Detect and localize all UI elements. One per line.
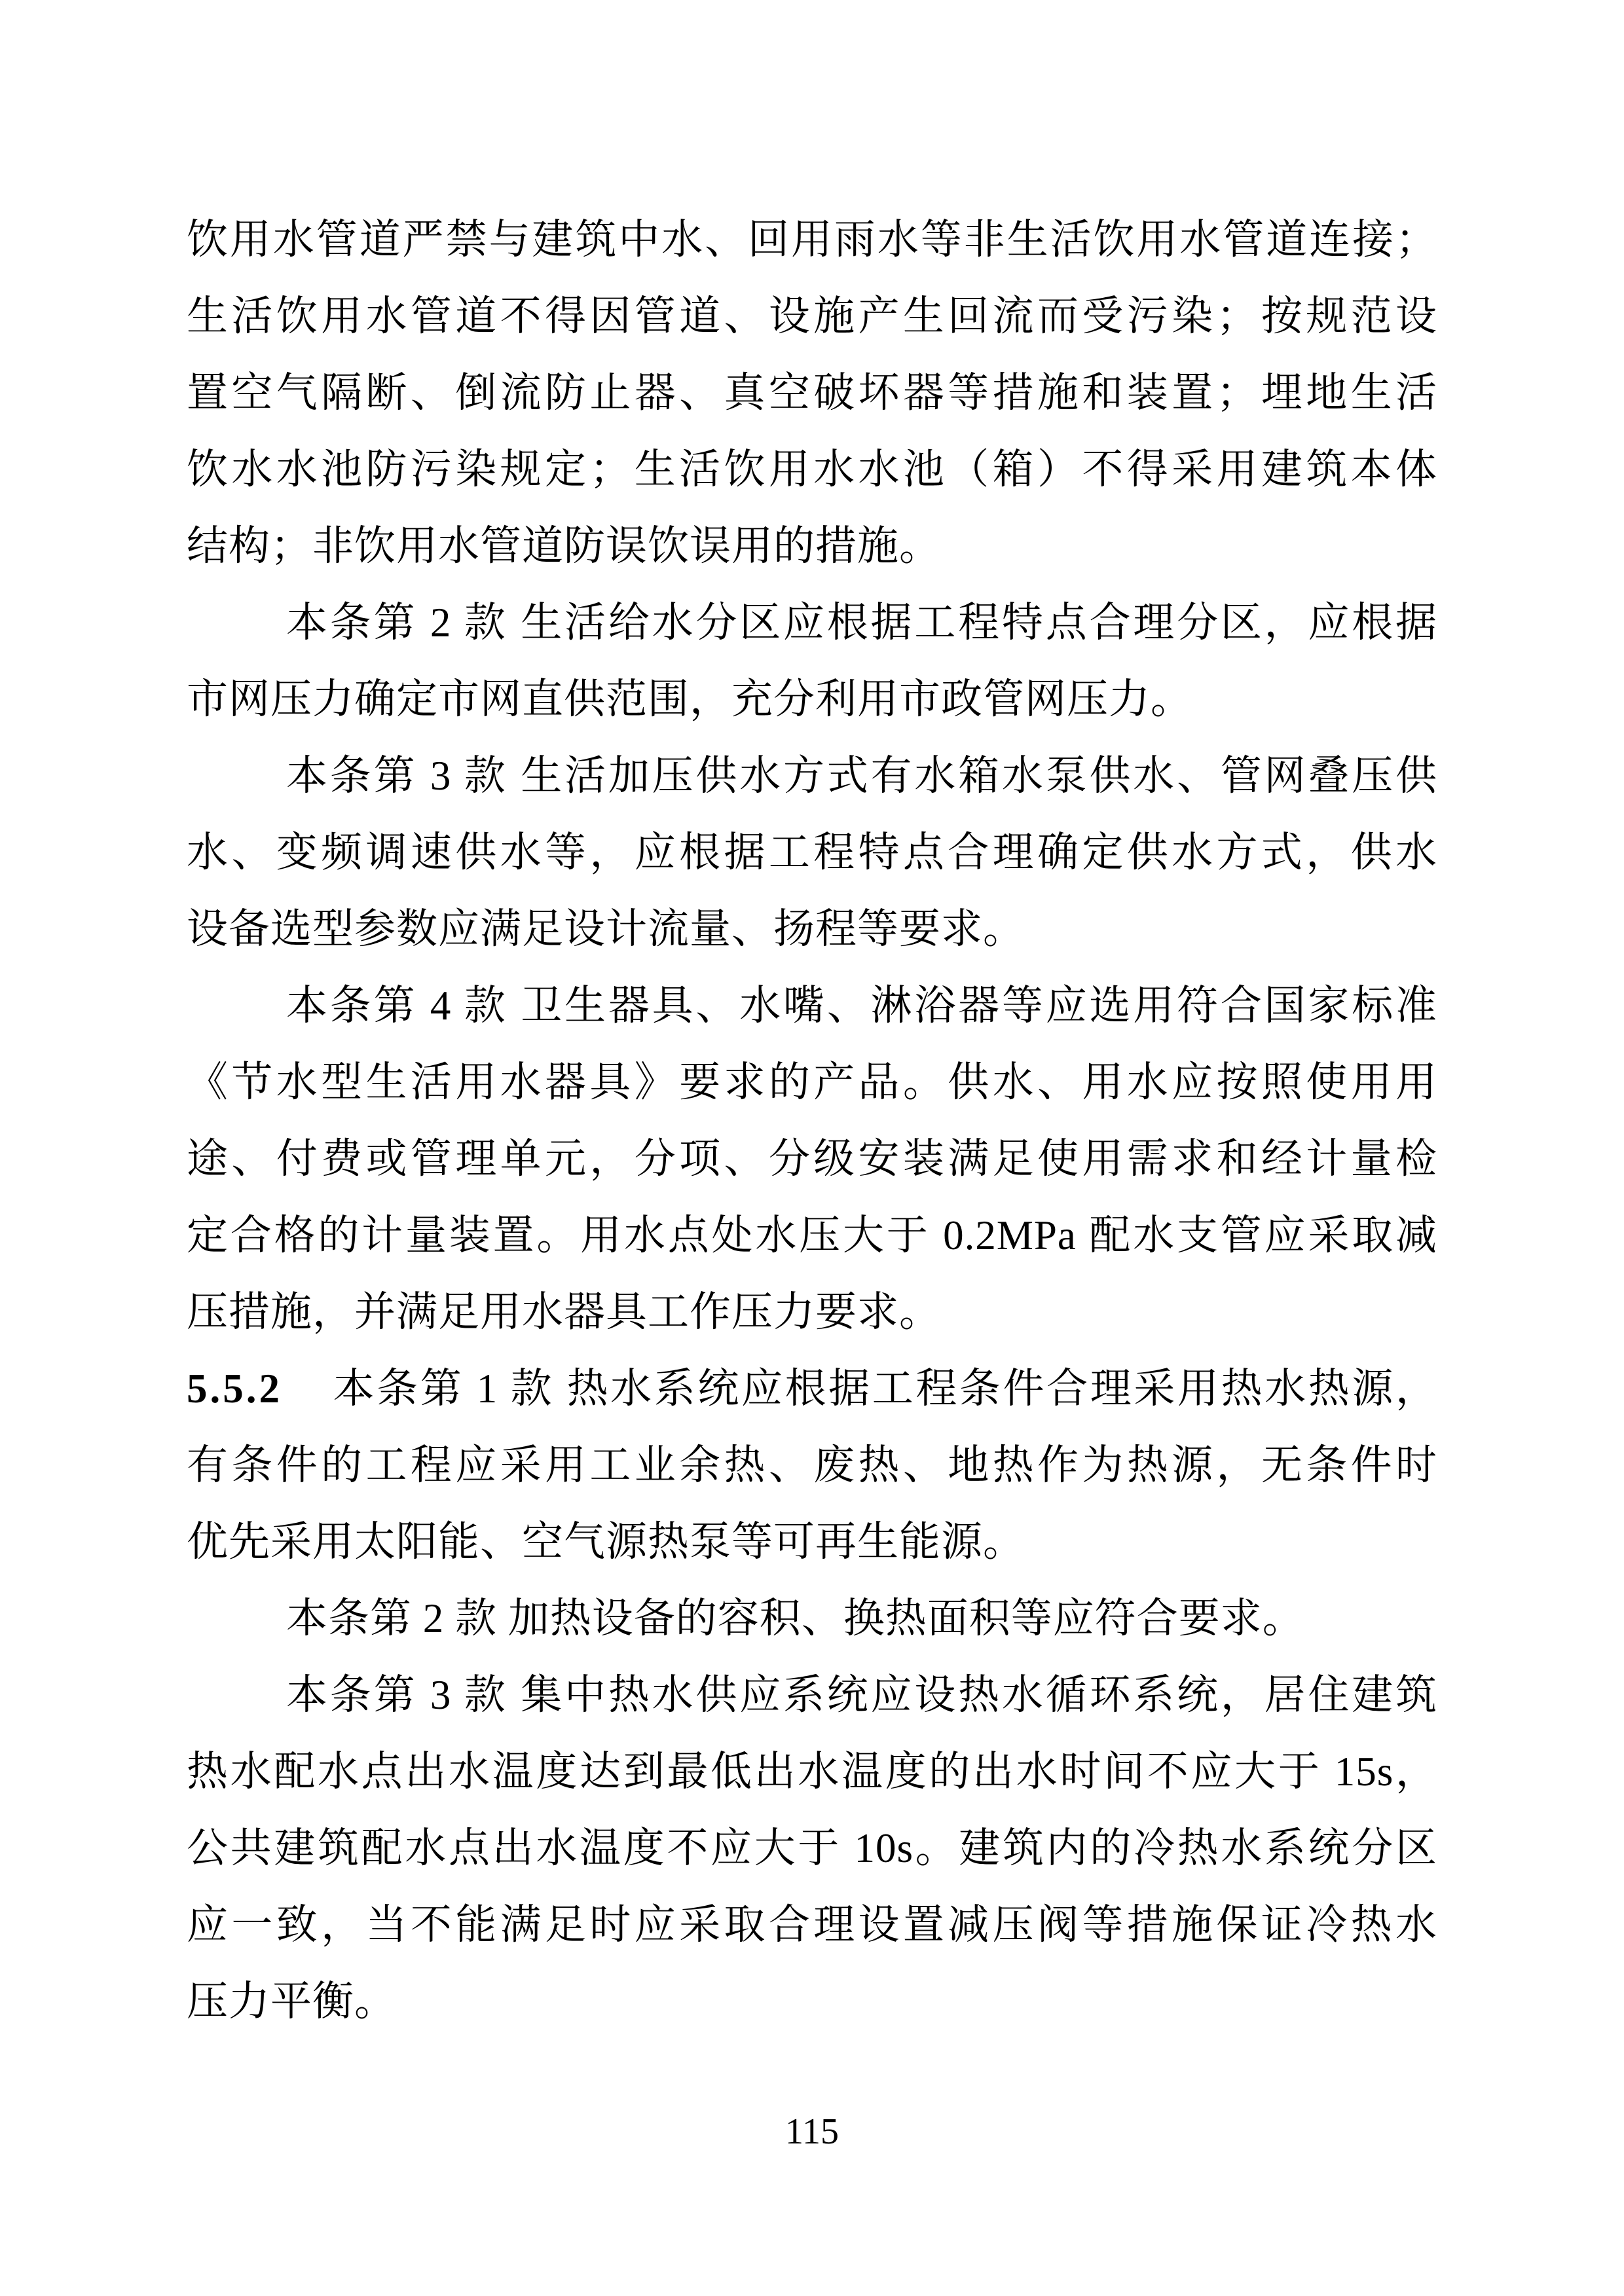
text-line: 本条第 4 款 卫生器具、水嘴、淋浴器等应选用符合国家标准 [187,968,1437,1044]
text-line: 优先采用太阳能、空气源热泵等可再生能源。 [187,1504,1437,1580]
document-page: 饮用水管道严禁与建筑中水、回用雨水等非生活饮用水管道连接； 生活饮用水管道不得因… [0,0,1624,2296]
line-text: 本条第 2 款 生活给水分区应根据工程特点合理分区，应根据 [286,600,1437,646]
text-line: 应一致，当不能满足时应采取合理设置减压阀等措施保证冷热水 [187,1887,1437,1963]
text-line: 本条第 2 款 生活给水分区应根据工程特点合理分区，应根据 [187,585,1437,661]
body-text: 饮用水管道严禁与建筑中水、回用雨水等非生活饮用水管道连接； 生活饮用水管道不得因… [187,202,1437,2040]
section-number: 5.5.2 [187,1366,282,1412]
line-text: 结构；非饮用水管道防误饮误用的措施。 [187,523,941,569]
text-line: 热水配水点出水温度达到最低出水温度的出水时间不应大于 15s， [187,1734,1437,1810]
line-text: 水、变频调速供水等，应根据工程特点合理确定供水方式，供水 [187,829,1437,875]
text-line: 有条件的工程应采用工业余热、废热、地热作为热源，无条件时 [187,1427,1437,1504]
line-text: 应一致，当不能满足时应采取合理设置减压阀等措施保证冷热水 [187,1902,1437,1948]
text-line: 水、变频调速供水等，应根据工程特点合理确定供水方式，供水 [187,814,1437,891]
text-line: 饮用水管道严禁与建筑中水、回用雨水等非生活饮用水管道连接； [187,202,1437,278]
text-line: 本条第 3 款 生活加压供水方式有水箱水泵供水、管网叠压供 [187,738,1437,814]
line-text: 本条第 1 款 热水系统应根据工程条件合理采用热水热源， [331,1366,1437,1412]
line-text: 饮用水管道严禁与建筑中水、回用雨水等非生活饮用水管道连接； [187,217,1437,263]
line-text: 本条第 3 款 生活加压供水方式有水箱水泵供水、管网叠压供 [286,753,1437,799]
text-line: 本条第 2 款 加热设备的容积、换热面积等应符合要求。 [187,1580,1437,1657]
line-text: 置空气隔断、倒流防止器、真空破坏器等措施和装置；埋地生活 [187,370,1437,416]
line-text: 优先采用太阳能、空气源热泵等可再生能源。 [187,1519,1025,1565]
text-line: 途、付费或管理单元，分项、分级安装满足使用需求和经计量检 [187,1121,1437,1197]
line-text: 公共建筑配水点出水温度不应大于 10s。建筑内的冷热水系统分区 [187,1825,1437,1871]
line-text: 生活饮用水管道不得因管道、设施产生回流而受污染；按规范设 [187,293,1437,339]
line-text: 本条第 2 款 加热设备的容积、换热面积等应符合要求。 [286,1595,1304,1641]
text-line: 压力平衡。 [187,1963,1437,2040]
text-line: 生活饮用水管道不得因管道、设施产生回流而受污染；按规范设 [187,278,1437,355]
line-text: 热水配水点出水温度达到最低出水温度的出水时间不应大于 15s， [187,1749,1437,1795]
page-number: 115 [0,2112,1624,2151]
line-text: 市网压力确定市网直供范围，充分利用市政管网压力。 [187,676,1192,722]
text-line: 设备选型参数应满足设计流量、扬程等要求。 [187,891,1437,968]
line-text: 压措施，并满足用水器具工作压力要求。 [187,1289,941,1335]
text-line: 压措施，并满足用水器具工作压力要求。 [187,1274,1437,1351]
line-text: 本条第 3 款 集中热水供应系统应设热水循环系统，居住建筑 [286,1672,1437,1718]
line-text: 设备选型参数应满足设计流量、扬程等要求。 [187,906,1025,952]
line-text: 有条件的工程应采用工业余热、废热、地热作为热源，无条件时 [187,1442,1437,1488]
text-line: 本条第 3 款 集中热水供应系统应设热水循环系统，居住建筑 [187,1657,1437,1734]
line-text: 本条第 4 款 卫生器具、水嘴、淋浴器等应选用符合国家标准 [286,983,1437,1029]
text-line: 饮水水池防污染规定；生活饮用水水池（箱）不得采用建筑本体 [187,431,1437,508]
line-text: 压力平衡。 [187,1978,396,2024]
text-line: 5.5.2本条第 1 款 热水系统应根据工程条件合理采用热水热源， [187,1351,1437,1427]
line-text: 《节水型生活用水器具》要求的产品。供水、用水应按照使用用 [187,1059,1437,1105]
text-line: 《节水型生活用水器具》要求的产品。供水、用水应按照使用用 [187,1044,1437,1121]
line-text: 途、付费或管理单元，分项、分级安装满足使用需求和经计量检 [187,1136,1437,1182]
text-line: 公共建筑配水点出水温度不应大于 10s。建筑内的冷热水系统分区 [187,1810,1437,1887]
text-line: 结构；非饮用水管道防误饮误用的措施。 [187,508,1437,585]
text-line: 市网压力确定市网直供范围，充分利用市政管网压力。 [187,661,1437,738]
text-line: 定合格的计量装置。用水点处水压大于 0.2MPa 配水支管应采取减 [187,1197,1437,1274]
line-text: 定合格的计量装置。用水点处水压大于 0.2MPa 配水支管应采取减 [187,1212,1437,1258]
text-line: 置空气隔断、倒流防止器、真空破坏器等措施和装置；埋地生活 [187,355,1437,431]
line-text: 饮水水池防污染规定；生活饮用水水池（箱）不得采用建筑本体 [187,446,1437,492]
